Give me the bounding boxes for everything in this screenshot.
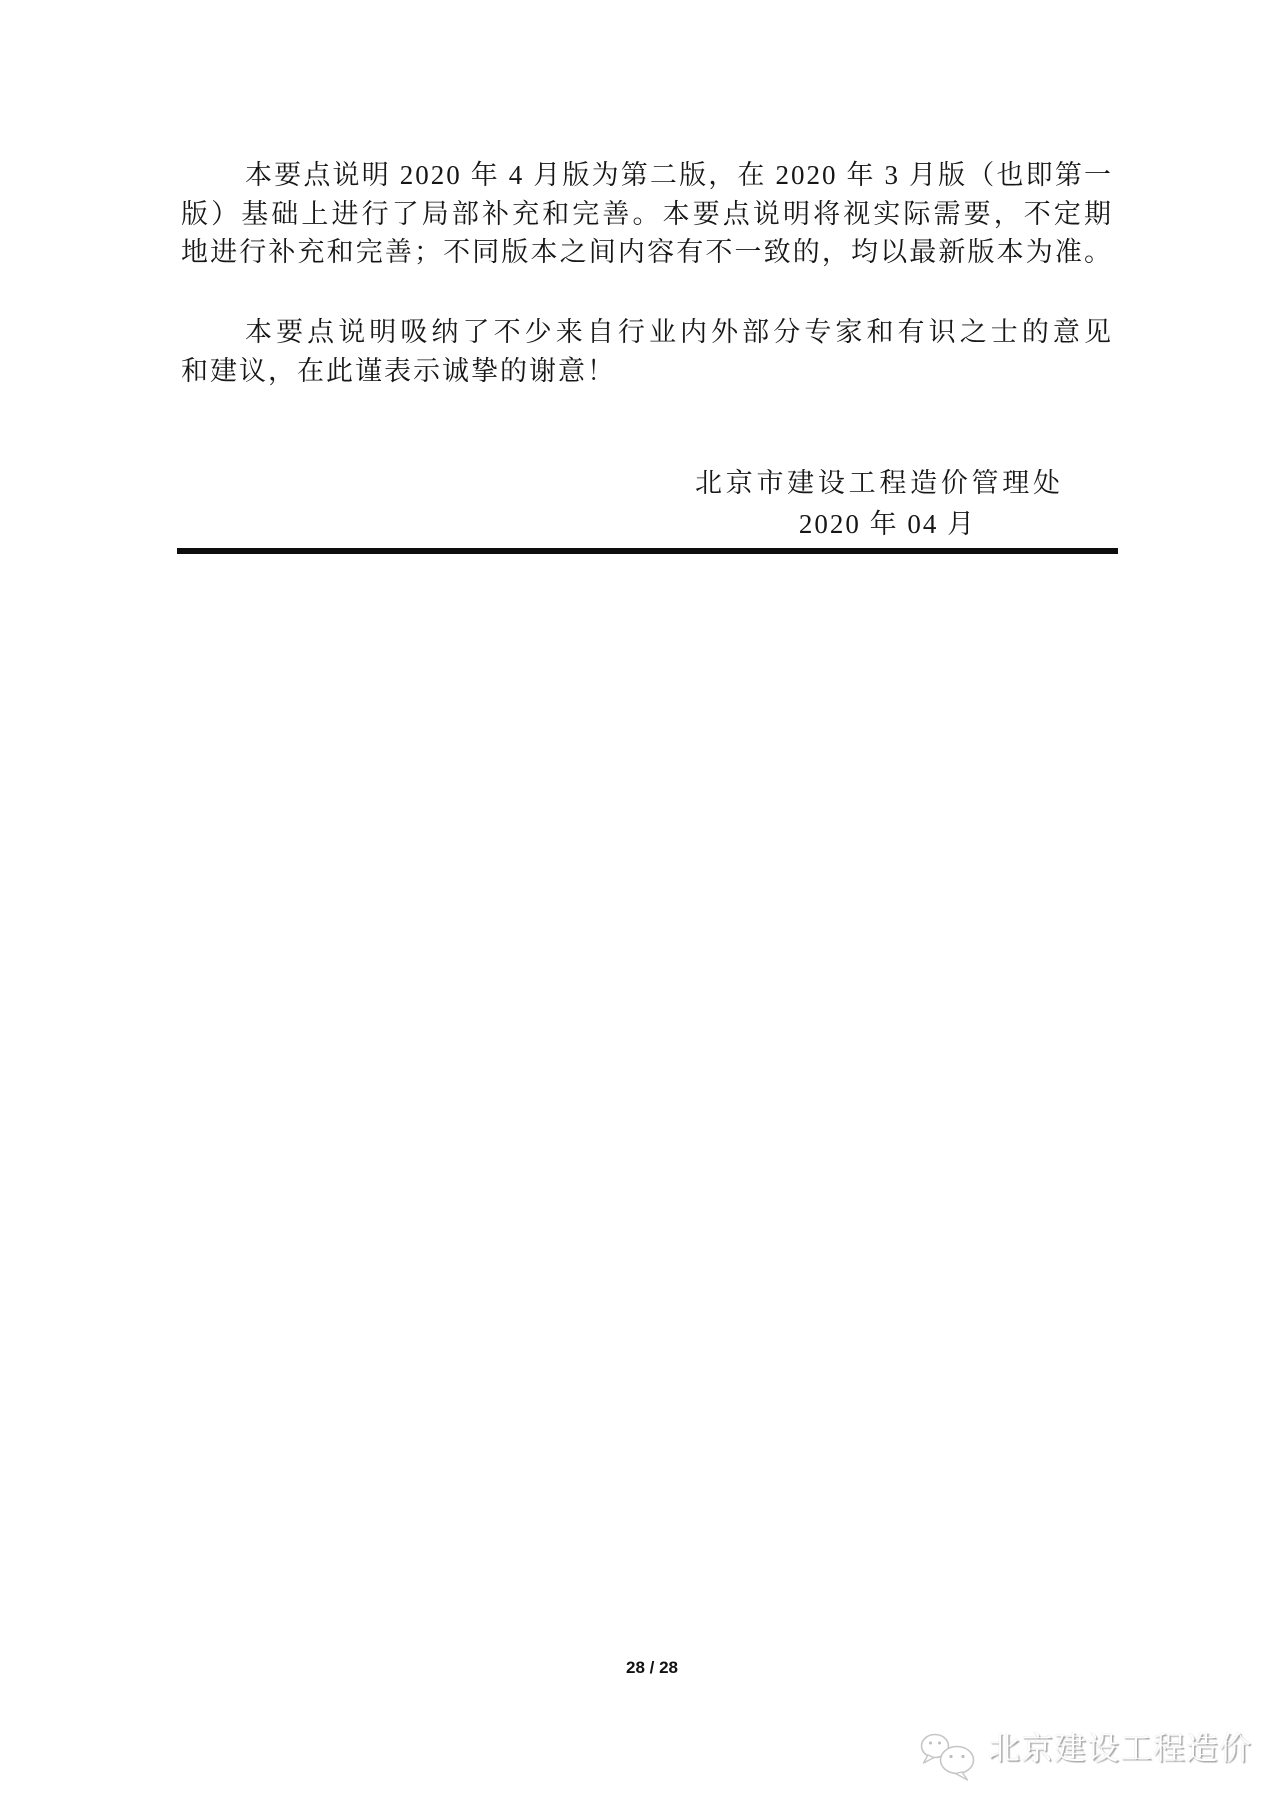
body-paragraph-1: 本要点说明 2020 年 4 月版为第二版，在 2020 年 3 月版（也即第一… [181,156,1113,272]
watermark-label: 北京建设工程造价 [988,1729,1252,1767]
signature-date: 2020 年 04 月 [695,508,1080,540]
paragraph-line: 和建议，在此谨表示诚挚的谢意！ [181,352,1113,391]
wechat-icon [918,1731,980,1783]
section-divider-rule [177,548,1118,554]
body-paragraph-2: 本要点说明吸纳了不少来自行业内外部分专家和有识之士的意见 和建议，在此谨表示诚挚… [181,313,1113,390]
signature-organization: 北京市建设工程造价管理处 [695,466,1060,500]
publisher-watermark: 北京建设工程造价 [918,1729,1252,1789]
paragraph-line: 本要点说明 2020 年 4 月版为第二版，在 2020 年 3 月版（也即第一 [181,156,1113,195]
paragraph-line: 本要点说明吸纳了不少来自行业内外部分专家和有识之士的意见 [181,313,1113,352]
document-page: 本要点说明 2020 年 4 月版为第二版，在 2020 年 3 月版（也即第一… [0,0,1280,1809]
page-number-indicator: 28 / 28 [598,1658,706,1678]
paragraph-line: 版）基础上进行了局部补充和完善。本要点说明将视实际需要，不定期 [181,195,1113,234]
paragraph-line: 地进行补充和完善；不同版本之间内容有不一致的，均以最新版本为准。 [181,233,1113,272]
